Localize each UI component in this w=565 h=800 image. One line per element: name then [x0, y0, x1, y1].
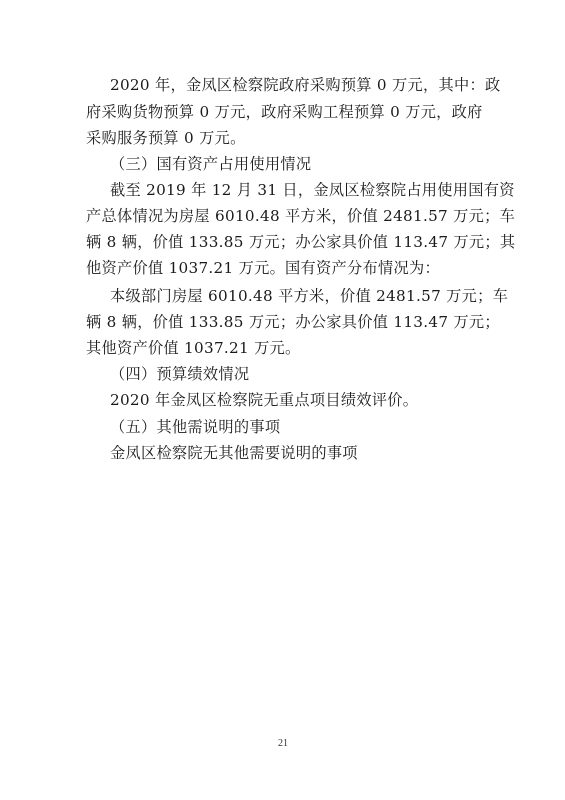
paragraph-procurement-line-2: 府采购货物预算 0 万元，政府采购工程预算 0 万元，政府 — [86, 99, 478, 125]
paragraph-assets-line-2: 产总体情况为房屋 6010.48 平方米，价值 2481.57 万元；车 — [86, 203, 478, 229]
paragraph-other-matters: 金凤区检察院无其他需要说明的事项 — [110, 440, 502, 466]
document-page: 2020 年，金凤区检察院政府采购预算 0 万元，其中：政 府采购货物预算 0 … — [0, 0, 565, 800]
paragraph-assets-line-3: 辆 8 辆，价值 133.85 万元；办公家具价值 113.47 万元；其 — [86, 229, 478, 255]
paragraph-distribution-line-1: 本级部门房屋 6010.48 平方米，价值 2481.57 万元；车 — [110, 283, 478, 309]
section-heading-performance: （四）预算绩效情况 — [110, 361, 502, 387]
paragraph-assets-line-1: 截至 2019 年 12 月 31 日，金凤区检察院占用使用国有资 — [110, 177, 478, 203]
paragraph-performance: 2020 年金凤区检察院无重点项目绩效评价。 — [110, 387, 502, 413]
section-heading-state-assets: （三）国有资产占用使用情况 — [110, 151, 502, 177]
paragraph-distribution-line-2: 辆 8 辆，价值 133.85 万元；办公家具价值 113.47 万元； — [86, 309, 478, 335]
paragraph-procurement-line-1: 2020 年，金凤区检察院政府采购预算 0 万元，其中：政 — [110, 72, 478, 98]
paragraph-procurement-line-3: 采购服务预算 0 万元。 — [86, 125, 478, 151]
section-heading-other-matters: （五）其他需说明的事项 — [110, 414, 502, 440]
paragraph-distribution-line-3: 其他资产价值 1037.21 万元。 — [86, 335, 478, 361]
paragraph-assets-line-4: 他资产价值 1037.21 万元。国有资产分布情况为： — [86, 255, 478, 281]
page-number: 21 — [273, 738, 293, 749]
